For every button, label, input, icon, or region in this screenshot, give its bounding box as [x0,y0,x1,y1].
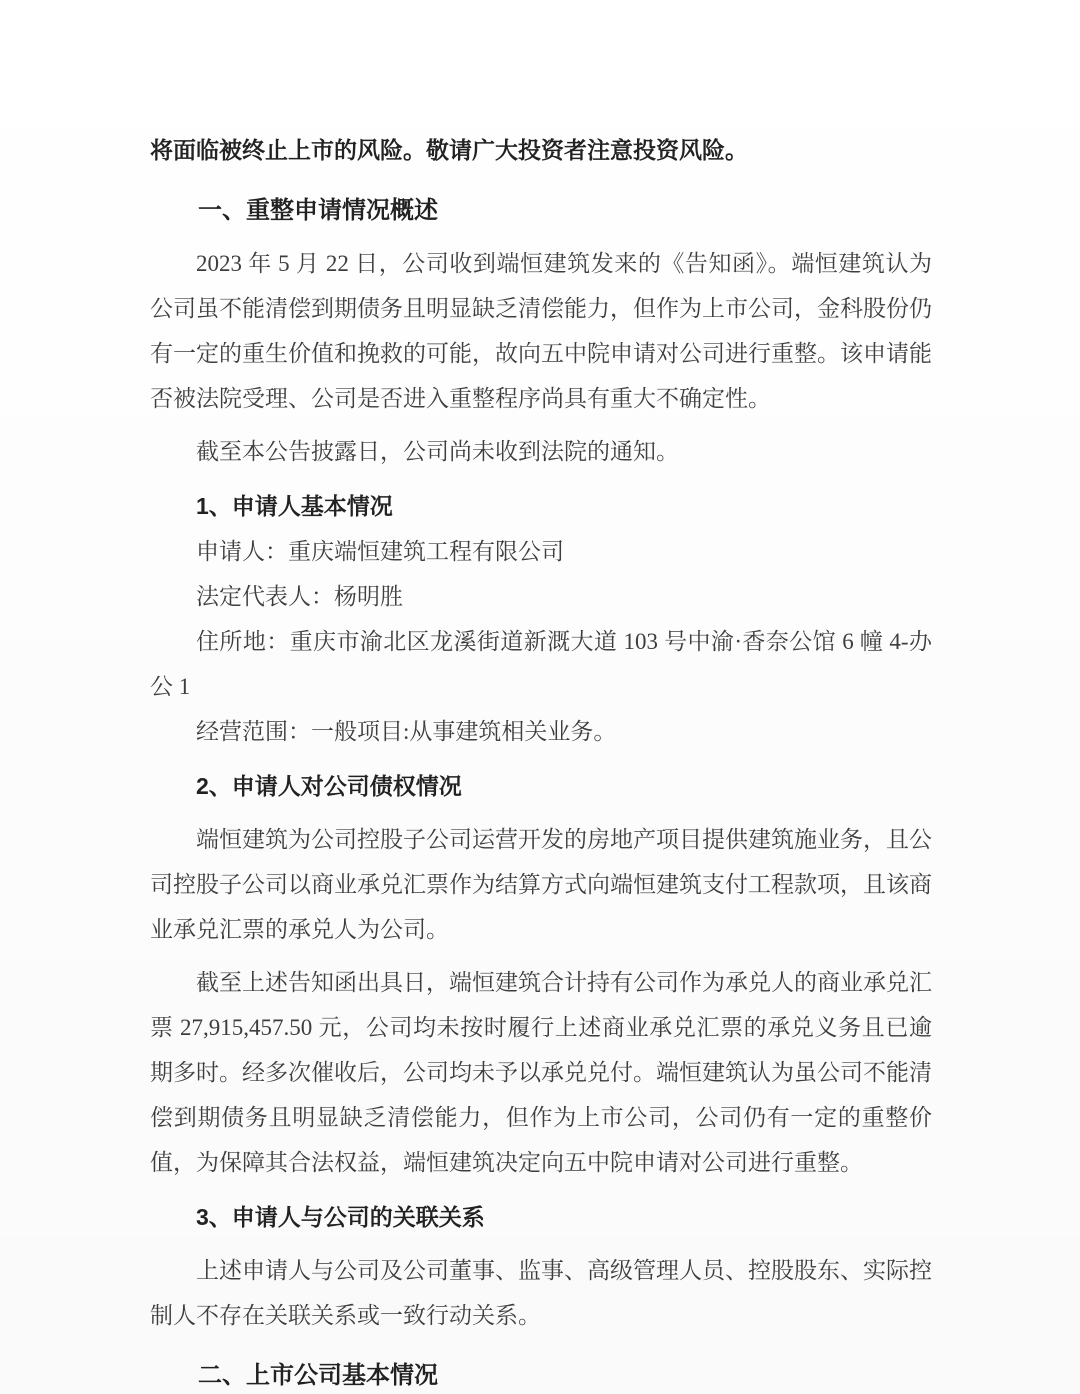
para-overdue-acceptance-bills: 截至上述告知函出具日，端恒建筑合计持有公司作为承兑人的商业承兑汇票 27,915… [150,960,932,1185]
para-no-court-notice-yet: 截至本公告披露日，公司尚未收到法院的通知。 [150,429,932,474]
para-claims-background: 端恒建筑为公司控股子公司运营开发的房地产项目提供建筑施业务，且公司控股子公司以商… [150,817,932,952]
section-heading-restructuring-application-overview: 一、重整申请情况概述 [150,188,932,233]
field-business-scope: 经营范围：一般项目:从事建筑相关业务。 [150,709,932,754]
para-notification-letter-received: 2023 年 5 月 22 日，公司收到端恒建筑发来的《告知函》。端恒建筑认为公… [150,241,932,421]
section-heading-listed-company-basic-info: 二、上市公司基本情况 [150,1353,932,1394]
subheading-applicant-basic-info: 1、申请人基本情况 [150,484,932,529]
subheading-applicant-company-relationship: 3、申请人与公司的关联关系 [150,1195,932,1240]
field-registered-address: 住所地：重庆市渝北区龙溪街道新溉大道 103 号中渝·香奈公馆 6 幢 4-办公… [150,619,932,709]
para-no-affiliation: 上述申请人与公司及公司董事、监事、高级管理人员、控股股东、实际控制人不存在关联关… [150,1248,932,1338]
field-applicant-name: 申请人：重庆端恒建筑工程有限公司 [150,529,932,574]
field-legal-representative: 法定代表人：杨明胜 [150,574,932,619]
announcement-page: 将面临被终止上市的风险。敬请广大投资者注意投资风险。 一、重整申请情况概述 20… [0,0,1080,1394]
risk-notice-continuation-line: 将面临被终止上市的风险。敬请广大投资者注意投资风险。 [150,128,932,173]
document-content: 将面临被终止上市的风险。敬请广大投资者注意投资风险。 一、重整申请情况概述 20… [0,0,1080,1394]
subheading-applicant-claims-against-company: 2、申请人对公司债权情况 [150,764,932,809]
